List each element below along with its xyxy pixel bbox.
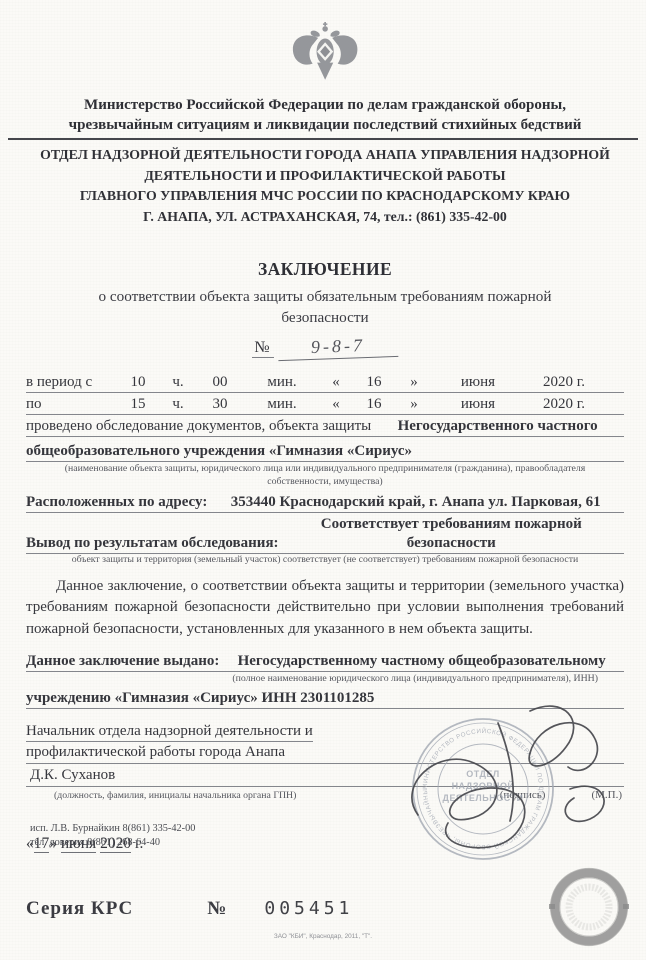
verdict-value: Соответствует требованиям пожарной безоп… [279,515,624,553]
period-prefix: по [26,395,114,414]
verdict-row: Вывод по результатам обследования: Соотв… [26,515,624,554]
subtitle-line-2: безопасности [26,307,624,328]
hour-unit: ч. [162,395,194,414]
issued-row: Данное заключение выдано: Негосударствен… [26,650,624,672]
number-sign: № [252,339,273,358]
emblem-wrap [26,22,624,93]
period-year: 2020 г. [522,373,606,392]
period-hour: 10 [114,373,162,392]
department-line-2: ДЕЯТЕЛЬНОСТИ И ПРОФИЛАКТИЧЕСКОЙ РАБОТЫ [26,166,624,187]
executor-line: исп. Л.В. Бурнайкин 8(861) 335-42-00 [30,822,195,836]
open-quote: « [318,395,354,414]
issued-value-1: Негосударственному частному общеобразова… [219,652,624,671]
series-number: 005451 [264,898,353,919]
verdict-caption: объект защиты и территория (земельный уч… [26,554,624,567]
minute-unit: мин. [246,395,318,414]
trust-phone-line: тел. доверия 8(861) 268-64-40 [30,836,195,850]
verdict-label: Вывод по результатам обследования: [26,534,279,553]
document-subtitle: о соответствии объекта защиты обязательн… [26,286,624,328]
period-hour: 15 [114,395,162,414]
form-series-row: Серия КРС № 005451 [26,898,353,920]
executor-info: исп. Л.В. Бурнайкин 8(861) 335-42-00 тел… [30,822,195,849]
period-day: 16 [354,373,394,392]
issued-value-2: учреждению «Гимназия «Сириус» ИНН 230110… [26,689,374,708]
close-quote: » [394,395,434,414]
period-day: 16 [354,395,394,414]
survey-object-row: проведено обследование документов, объек… [26,415,624,437]
ministry-line-2: чрезвычайным ситуациям и ликвидации посл… [26,115,624,135]
seal-place-label: (М.П.) [591,789,622,801]
sign-here-label: (подпись) [500,789,546,801]
department-line-3: ГЛАВНОГО УПРАВЛЕНИЯ МЧС РОССИИ ПО КРАСНО… [26,186,624,207]
document-number-row: № 9-8-7 [26,336,624,362]
period-month: июня [434,373,522,392]
subtitle-line-1: о соответствии объекта защиты обязательн… [26,286,624,307]
period-row-start: в период с 10 ч. 00 мин. « 16 » июня 202… [26,371,624,393]
document-number-handwritten: 9-8-7 [277,334,398,361]
period-minute: 00 [194,373,246,392]
embossed-seal-icon [546,864,632,955]
close-quote: » [394,373,434,392]
object-name-caption: (наименование объекта защиты, юридическо… [26,463,624,488]
hour-unit: ч. [162,373,194,392]
header-divider [8,138,638,140]
address-row: Расположенных по адресу: 353440 Краснода… [26,491,624,513]
minute-unit: мин. [246,373,318,392]
issued-caption: (полное наименование юридического лица (… [26,672,624,685]
issued-value-2-row: учреждению «Гимназия «Сириус» ИНН 230110… [26,685,624,709]
object-name-part-1: Негосударственного частного [371,417,624,436]
mchs-double-eagle-emblem-icon [286,22,364,88]
scanned-document-page: Министерство Российской Федерации по дел… [0,0,646,960]
issued-label: Данное заключение выдано: [26,652,219,671]
series-number-sign: № [207,898,226,920]
signature-caption-row: (должность, фамилия, инициалы начальника… [26,789,624,801]
signature-block: Начальник отдела надзорной деятельности … [26,723,624,801]
department-name: ОТДЕЛ НАДЗОРНОЙ ДЕЯТЕЛЬНОСТИ ГОРОДА АНАП… [26,145,624,227]
ministry-name: Министерство Российской Федерации по дел… [26,95,624,135]
object-name-row: общеобразовательного учреждения «Гимнази… [26,437,624,462]
department-line-1: ОТДЕЛ НАДЗОРНОЙ ДЕЯТЕЛЬНОСТИ ГОРОДА АНАП… [26,145,624,166]
document-title: ЗАКЛЮЧЕНИЕ [26,259,624,280]
signature-caption: (должность, фамилия, инициалы начальника… [26,790,296,801]
ministry-line-1: Министерство Российской Федерации по дел… [26,95,624,115]
validity-paragraph: Данное заключение, о соответствии объект… [26,576,624,641]
address-label: Расположенных по адресу: [26,493,207,512]
signer-position-line-2: профилактической работы города Анапа [26,744,624,761]
object-name-part-2: общеобразовательного учреждения «Гимнази… [26,442,412,461]
series-label: Серия КРС [26,898,133,920]
survey-prefix: проведено обследование документов, объек… [26,417,371,436]
signer-position-line-1: Начальник отдела надзорной деятельности … [26,723,313,742]
open-quote: « [318,373,354,392]
signer-name: Д.К. Суханов [26,764,624,787]
address-value: 353440 Краснодарский край, г. Анапа ул. … [207,493,624,512]
period-year: 2020 г. [522,395,606,414]
period-row-end: по 15 ч. 30 мин. « 16 » июня 2020 г. [26,393,624,415]
period-minute: 30 [194,395,246,414]
period-prefix: в период с [26,373,114,392]
department-line-4: Г. АНАПА, УЛ. АСТРАХАНСКАЯ, 74, тел.: (8… [26,207,624,228]
period-month: июня [434,395,522,414]
